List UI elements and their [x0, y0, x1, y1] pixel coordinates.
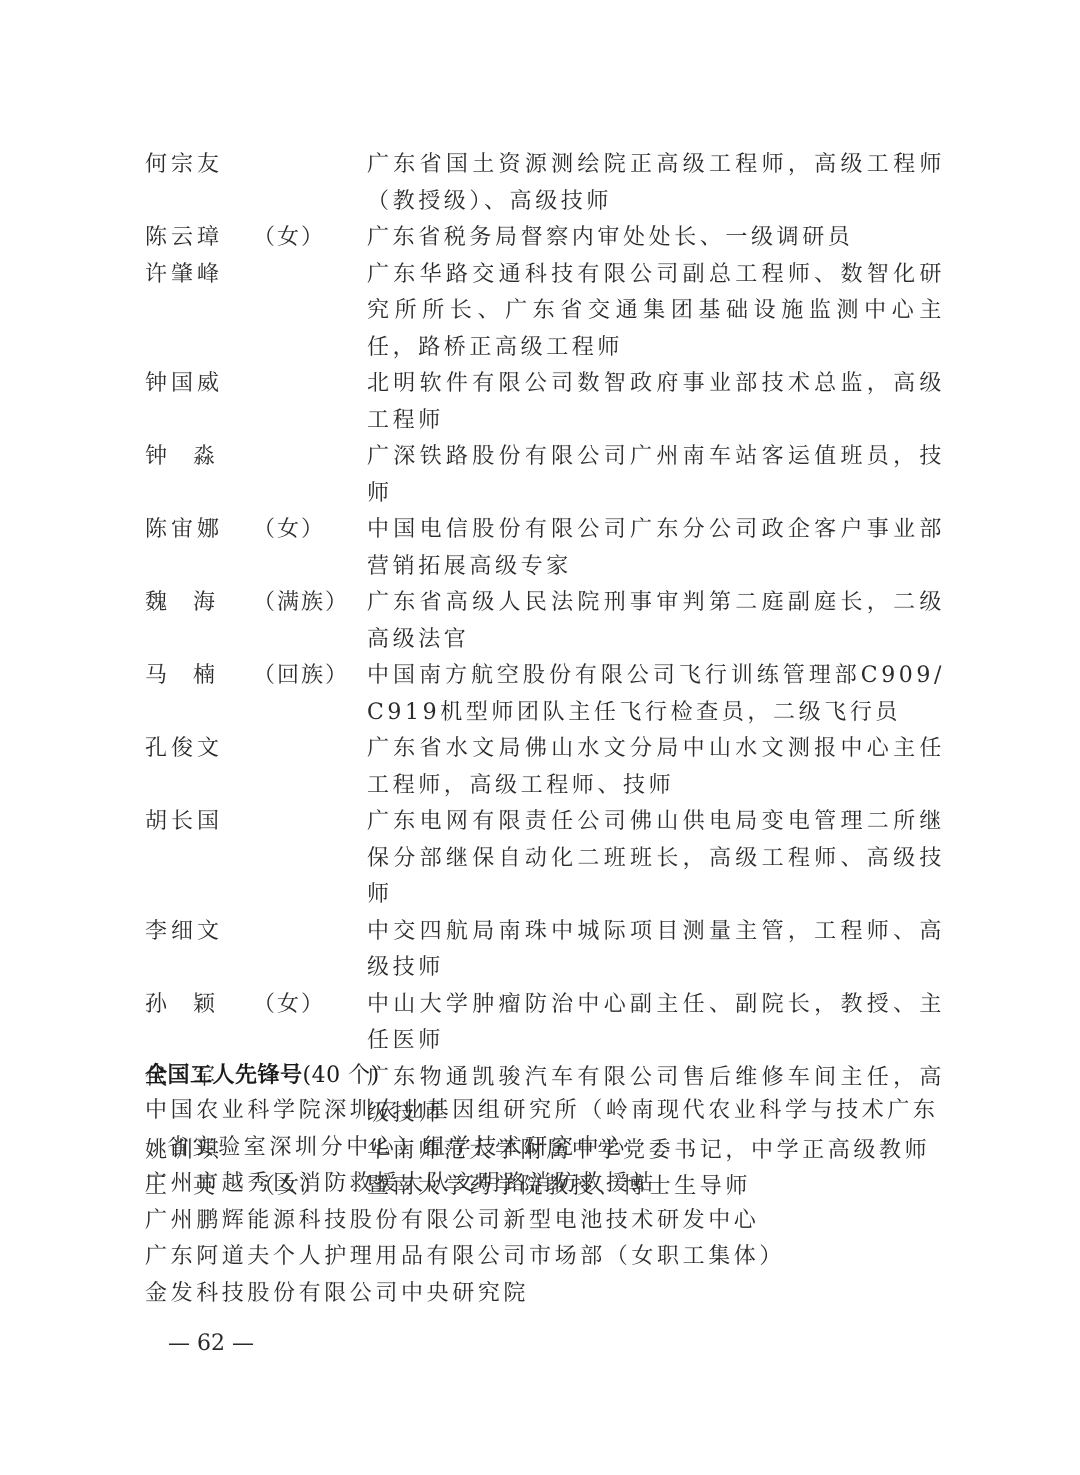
honoree-entry: 陈宙娜 （女） 中国电信股份有限公司广东分公司政企客户事业部营销拓展高级专家: [145, 512, 945, 585]
honoree-list: 何宗友 广东省国土资源测绘院正高级工程师，高级工程师（教授级）、高级技师 陈云璋…: [145, 147, 945, 1206]
honoree-name: 马楠: [145, 658, 253, 695]
honoree-name: 李细文: [145, 914, 253, 951]
honoree-name: 钟国威: [145, 366, 253, 403]
organization-item: 广东阿道夫个人护理用品有限公司市场部（女职工集体）: [145, 1239, 945, 1276]
honoree-entry: 钟国威 北明软件有限公司数智政府事业部技术总监，高级工程师: [145, 366, 945, 439]
honoree-description: 中山大学肿瘤防治中心副主任、副院长，教授、主任医师: [367, 987, 945, 1060]
honoree-description: 北明软件有限公司数智政府事业部技术总监，高级工程师: [367, 366, 945, 439]
honoree-entry: 胡长国 广东电网有限责任公司佛山供电局变电管理二所继保分部继保自动化二班班长，高…: [145, 804, 945, 914]
honoree-tag: （满族）: [253, 585, 367, 622]
honoree-description: 广东省税务局督察内审处处长、一级调研员: [367, 220, 945, 257]
honoree-name: 钟淼: [145, 439, 253, 476]
honoree-entry: 钟淼 广深铁路股份有限公司广州南车站客运值班员，技师: [145, 439, 945, 512]
honoree-entry: 何宗友 广东省国土资源测绘院正高级工程师，高级工程师（教授级）、高级技师: [145, 147, 945, 220]
honoree-name: 孔俊文: [145, 731, 253, 768]
honoree-description: 中交四航局南珠中城际项目测量主管，工程师、高级技师: [367, 914, 945, 987]
section-title: 全国工人先锋号: [145, 1063, 303, 1088]
honoree-entry: 马楠 （回族） 中国南方航空股份有限公司飞行训练管理部C909/C919机型师团…: [145, 658, 945, 731]
honoree-entry: 魏海 （满族） 广东省高级人民法院刑事审判第二庭副庭长，二级高级法官: [145, 585, 945, 658]
organization-item: 中国农业科学院深圳农业基因组研究所（岭南现代农业科学与技术广东省实验室深圳分中心…: [145, 1093, 945, 1166]
honoree-name: 何宗友: [145, 147, 253, 184]
honoree-description: 广东电网有限责任公司佛山供电局变电管理二所继保分部继保自动化二班班长，高级工程师…: [367, 804, 945, 914]
honoree-description: 广东华路交通科技有限公司副总工程师、数智化研究所所长、广东省交通集团基础设施监测…: [367, 257, 945, 367]
honoree-name: 陈云璋: [145, 220, 253, 257]
organization-item: 广州市越秀区消防救援大队文明路消防救援站: [145, 1166, 945, 1203]
organization-item: 广州鹏辉能源科技股份有限公司新型电池技术研发中心: [145, 1203, 945, 1240]
honoree-name: 魏海: [145, 585, 253, 622]
organization-list: 中国农业科学院深圳农业基因组研究所（岭南现代农业科学与技术广东省实验室深圳分中心…: [145, 1093, 945, 1312]
honoree-description: 中国电信股份有限公司广东分公司政企客户事业部营销拓展高级专家: [367, 512, 945, 585]
honoree-description: 广东省高级人民法院刑事审判第二庭副庭长，二级高级法官: [367, 585, 945, 658]
section-count: (40 个): [303, 1063, 380, 1088]
honoree-tag: （女）: [253, 220, 367, 257]
honoree-entry: 孔俊文 广东省水文局佛山水文分局中山水文测报中心主任工程师，高级工程师、技师: [145, 731, 945, 804]
honoree-name: 陈宙娜: [145, 512, 253, 549]
honoree-name: 胡长国: [145, 804, 253, 841]
document-page: 何宗友 广东省国土资源测绘院正高级工程师，高级工程师（教授级）、高级技师 陈云璋…: [0, 0, 1080, 1475]
honoree-tag: （女）: [253, 987, 367, 1024]
honoree-entry: 孙颖 （女） 中山大学肿瘤防治中心副主任、副院长，教授、主任医师: [145, 987, 945, 1060]
section-heading: 全国工人先锋号(40 个): [145, 1058, 380, 1094]
honoree-name: 孙颖: [145, 987, 253, 1024]
organization-item: 金发科技股份有限公司中央研究院: [145, 1276, 945, 1313]
honoree-entry: 陈云璋 （女） 广东省税务局督察内审处处长、一级调研员: [145, 220, 945, 257]
page-number: — 62 —: [168, 1326, 254, 1362]
honoree-description: 中国南方航空股份有限公司飞行训练管理部C909/C919机型师团队主任飞行检查员…: [367, 658, 945, 731]
honoree-name: 许肇峰: [145, 257, 253, 294]
honoree-tag: （女）: [253, 512, 367, 549]
honoree-description: 广东省国土资源测绘院正高级工程师，高级工程师（教授级）、高级技师: [367, 147, 945, 220]
honoree-tag: （回族）: [253, 658, 367, 695]
honoree-entry: 李细文 中交四航局南珠中城际项目测量主管，工程师、高级技师: [145, 914, 945, 987]
honoree-entry: 许肇峰 广东华路交通科技有限公司副总工程师、数智化研究所所长、广东省交通集团基础…: [145, 257, 945, 367]
honoree-description: 广深铁路股份有限公司广州南车站客运值班员，技师: [367, 439, 945, 512]
honoree-description: 广东省水文局佛山水文分局中山水文测报中心主任工程师，高级工程师、技师: [367, 731, 945, 804]
